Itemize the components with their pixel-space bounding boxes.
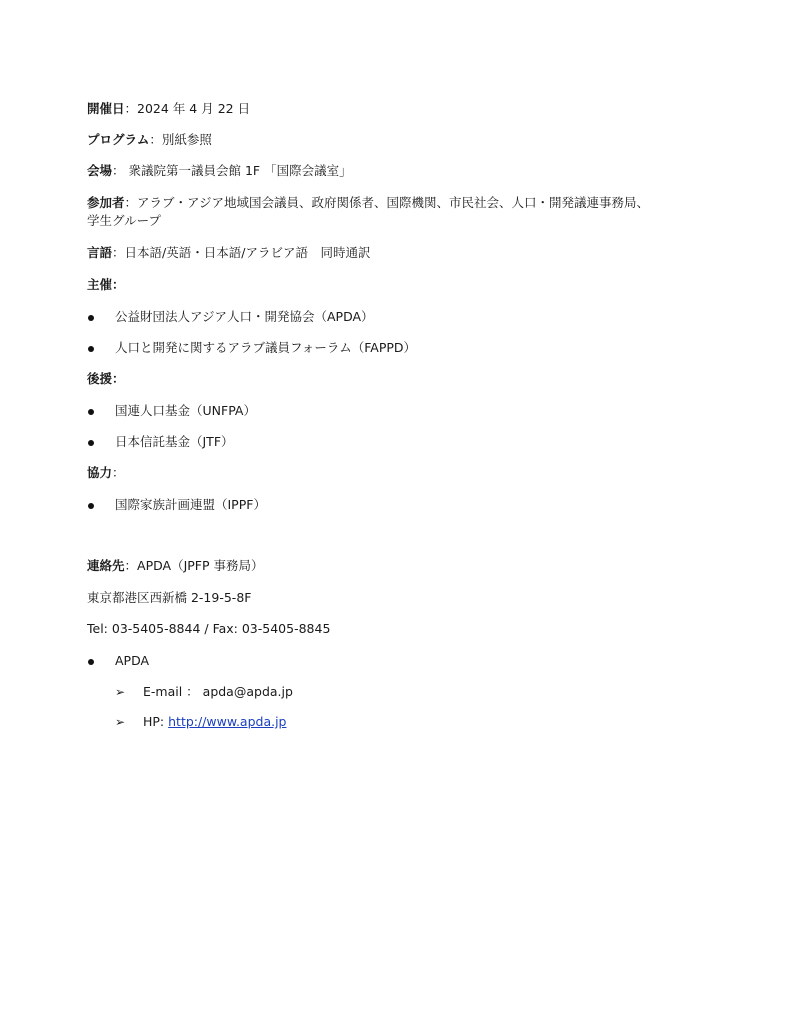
date-label: 開催日	[87, 101, 125, 116]
bullet-icon	[88, 503, 94, 509]
bullet-icon	[88, 659, 94, 665]
participants-value: アラブ・アジア地域国会議員、政府関係者、国際機関、市民社会、人口・開発議連事務局…	[137, 195, 649, 210]
cooperation-heading: 協力：	[87, 465, 125, 481]
cooperation-item: 国際家族計画連盟（IPPF）	[115, 497, 266, 513]
program-value: 別紙参照	[162, 132, 212, 147]
email-line: E-mail ： apda@apda.jp	[143, 684, 293, 700]
language-label: 言語	[87, 245, 112, 260]
language-value: 日本語/英語・日本語/アラビア語 同時通訳	[125, 245, 371, 260]
participants-line: 参加者：アラブ・アジア地域国会議員、政府関係者、国際機関、市民社会、人口・開発議…	[87, 195, 649, 211]
bullet-icon	[88, 315, 94, 321]
organizer-item: 公益財団法人アジア人口・開発協会（APDA）	[115, 309, 374, 325]
hp-line: HP: http://www.apda.jp	[143, 714, 286, 730]
email-value: apda@apda.jp	[203, 684, 293, 699]
date-value: 2024 年 4 月 22 日	[137, 101, 250, 116]
supporter-item: 国連人口基金（UNFPA）	[115, 403, 256, 419]
date-line: 開催日：2024 年 4 月 22 日	[87, 101, 250, 117]
contact-line: 連絡先：APDA（JPFP 事務局）	[87, 558, 264, 574]
bullet-icon	[88, 346, 94, 352]
bullet-icon	[88, 440, 94, 446]
program-label: プログラム	[87, 132, 149, 147]
homepage-link[interactable]: http://www.apda.jp	[168, 714, 286, 729]
venue-line: 会場： 衆議院第一議員会館 1F 「国際会議室」	[87, 163, 352, 179]
contact-address: 東京都港区西新橋 2-19-5-8F	[87, 590, 251, 606]
arrow-bullet-icon: ➢	[115, 684, 125, 700]
contact-org: APDA	[115, 653, 149, 669]
contact-value: APDA（JPFP 事務局）	[137, 558, 263, 573]
participants-label: 参加者	[87, 195, 125, 210]
language-line: 言語：日本語/英語・日本語/アラビア語 同時通訳	[87, 245, 370, 261]
supporter-item: 日本信託基金（JTF）	[115, 434, 234, 450]
venue-value: 衆議院第一議員会館 1F 「国際会議室」	[129, 163, 352, 178]
program-line: プログラム：別紙参照	[87, 132, 212, 148]
participants-line-2: 学生グループ	[87, 213, 161, 229]
organizers-heading: 主催：	[87, 277, 125, 293]
venue-label: 会場	[87, 163, 112, 178]
arrow-bullet-icon: ➢	[115, 714, 125, 730]
contact-label: 連絡先	[87, 558, 125, 573]
organizer-item: 人口と開発に関するアラブ議員フォーラム（FAPPD）	[115, 340, 416, 356]
bullet-icon	[88, 409, 94, 415]
contact-phone: Tel: 03-5405-8844 / Fax: 03-5405-8845	[87, 621, 330, 637]
supporters-heading: 後援：	[87, 371, 125, 387]
